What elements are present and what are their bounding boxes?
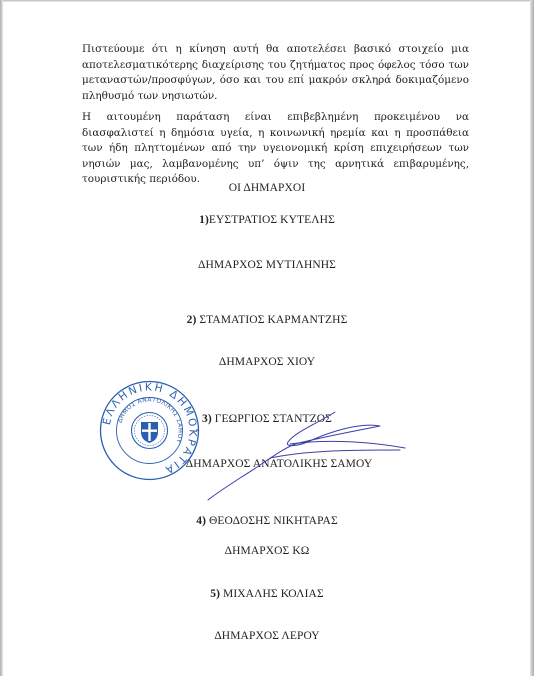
signatory-name: ΜΙΧΑΛΗΣ ΚΟΛΙΑΣ [220, 588, 324, 600]
signatory-5-name: 5) ΜΙΧΑΛΗΣ ΚΟΛΙΑΣ [0, 588, 534, 600]
signatory-name: ΣΤΑΜΑΤΙΟΣ ΚΑΡΜΑΝΤΖΗΣ [196, 314, 347, 326]
signatory-5-title: ΔΗΜΑΡΧΟΣ ΛΕΡΟΥ [0, 630, 534, 642]
signatory-3-name: 3) ΓΕΩΡΓΙΟΣ ΣΤΑΝΤΖΟΣ [0, 413, 534, 425]
signatory-number: 1) [199, 214, 209, 226]
scan-edge-left [0, 0, 3, 676]
signatory-2-name: 2) ΣΤΑΜΑΤΙΟΣ ΚΑΡΜΑΝΤΖΗΣ [0, 314, 534, 326]
signatory-number: 4) [196, 515, 206, 527]
signatory-name: ΕΥΣΤΡΑΤΙΟΣ ΚΥΤΕΛΗΣ [209, 214, 335, 226]
signatory-number: 5) [210, 588, 220, 600]
coat-of-arms-icon [141, 422, 158, 443]
signatories-heading: ΟΙ ΔΗΜΑΡΧΟΙ [0, 182, 534, 194]
signatory-4-name: 4) ΘΕΟΔΟΣΗΣ ΝΙΚΗΤΑΡΑΣ [0, 515, 534, 527]
signatory-1-name: 1)ΕΥΣΤΡΑΤΙΟΣ ΚΥΤΕΛΗΣ [0, 214, 534, 226]
paragraph-extension-request: Η αιτουμένη παράταση είναι επιβεβλημένη … [82, 110, 469, 188]
signatory-number: 2) [187, 314, 197, 326]
paragraph-belief: Πιστεύουμε ότι η κίνηση αυτή θα αποτελέσ… [82, 42, 469, 104]
scan-edge-top [0, 0, 534, 2]
signatory-2-title: ΔΗΜΑΡΧΟΣ ΧΙΟΥ [0, 356, 534, 368]
signatory-3-title: ΔΗΜΑΡΧΟΣ ΑΝΑΤΟΛΙΚΗΣ ΣΑΜΟΥ [0, 458, 534, 470]
signatory-name: ΓΕΩΡΓΙΟΣ ΣΤΑΝΤΖΟΣ [212, 413, 332, 425]
signatory-4-title: ΔΗΜΑΡΧΟΣ ΚΩ [0, 545, 534, 557]
signatory-name: ΘΕΟΔΟΣΗΣ ΝΙΚΗΤΑΡΑΣ [206, 515, 338, 527]
signatory-1-title: ΔΗΜΑΡΧΟΣ ΜΥΤΙΛΗΝΗΣ [0, 259, 534, 271]
signatory-number: 3) [202, 413, 212, 425]
official-seal-icon: ΕΛΛΗΝΙΚΗ ΔΗΜΟΚΡΑΤΙΑ ΔΗΜΟΣ ΑΝΑΤΟΛΙΚΗΣ ΣΑΜ… [97, 378, 202, 483]
scan-edge-right [530, 0, 534, 676]
